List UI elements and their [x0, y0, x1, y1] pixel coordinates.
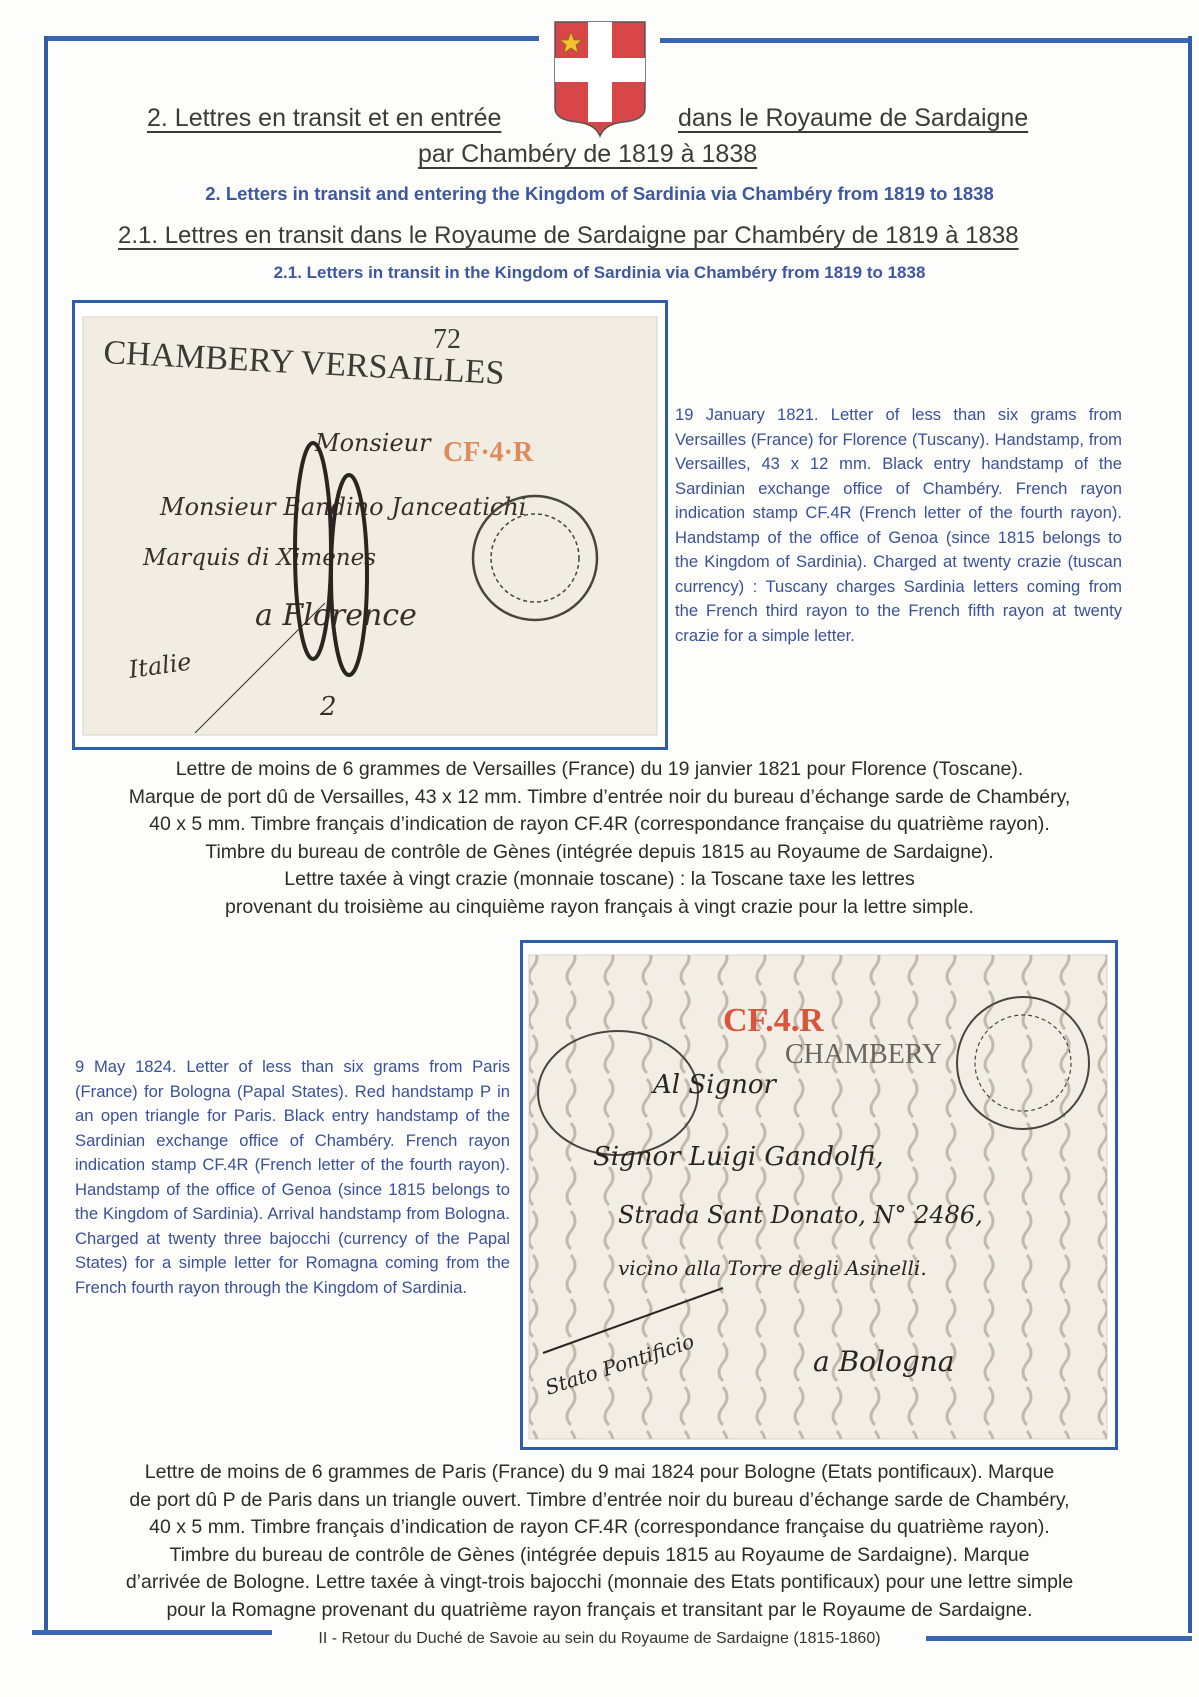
- stamp-cf4r-red: CF.4.R: [723, 1002, 824, 1039]
- main-title-part2: dans le Royaume de Sardaigne: [678, 104, 1028, 133]
- svg-text:a Bologna: a Bologna: [813, 1345, 955, 1378]
- main-title-part1: 2. Lettres en transit et en entrée: [147, 104, 501, 133]
- svg-text:Signor Luigi Gandolfi,: Signor Luigi Gandolfi,: [593, 1142, 884, 1172]
- stamp-72: 72: [433, 324, 461, 355]
- caption-fr-1824: Lettre de moins de 6 grammes de Paris (F…: [0, 1459, 1199, 1624]
- svg-text:Strada Sant Donato, N° 2486,: Strada Sant Donato, N° 2486,: [618, 1201, 983, 1229]
- section-title-english: 2.1. Letters in transit in the Kingdom o…: [0, 263, 1199, 283]
- caption-en-1824: 9 May 1824. Letter of less than six gram…: [75, 1055, 510, 1300]
- savoy-cross-shield-icon: [553, 20, 647, 138]
- stamp-chambery: CHAMBERY: [785, 1039, 942, 1070]
- caption-fr-1821: Lettre de moins de 6 grammes de Versaill…: [0, 756, 1199, 921]
- stamp-cf4r-red: CF·4·R: [443, 437, 534, 468]
- letter-cover-1824: CF.4.R CHAMBERY Al Signor Signor Luigi G…: [523, 943, 1115, 1447]
- letter-image-1821: CHAMBERY VERSAILLES 72 CF·4·R Monsieur M…: [72, 300, 668, 750]
- svg-text:Al Signor: Al Signor: [651, 1070, 778, 1100]
- svg-text:vicino alla Torre degli Asinel: vicino alla Torre degli Asinelli.: [618, 1256, 927, 1280]
- letter-image-1824: CF.4.R CHAMBERY Al Signor Signor Luigi G…: [520, 940, 1118, 1450]
- svg-text:Marquis di Ximenes: Marquis di Ximenes: [142, 545, 376, 571]
- svg-text:Monsieur Bandino Janceatichi: Monsieur Bandino Janceatichi: [159, 493, 526, 521]
- svg-text:2: 2: [319, 692, 337, 722]
- page-footer: II - Retour du Duché de Savoie au sein d…: [0, 1630, 1199, 1648]
- caption-en-1821: 19 January 1821. Letter of less than six…: [675, 403, 1122, 648]
- section-title: 2.1. Lettres en transit dans le Royaume …: [118, 222, 1019, 250]
- main-title-line2: par Chambéry de 1819 à 1838: [418, 140, 757, 169]
- letter-cover-1821: CHAMBERY VERSAILLES 72 CF·4·R Monsieur M…: [75, 303, 665, 747]
- svg-text:Monsieur: Monsieur: [314, 429, 432, 457]
- svg-text:a Florence: a Florence: [255, 598, 417, 633]
- main-title-english: 2. Letters in transit and entering the K…: [0, 183, 1199, 205]
